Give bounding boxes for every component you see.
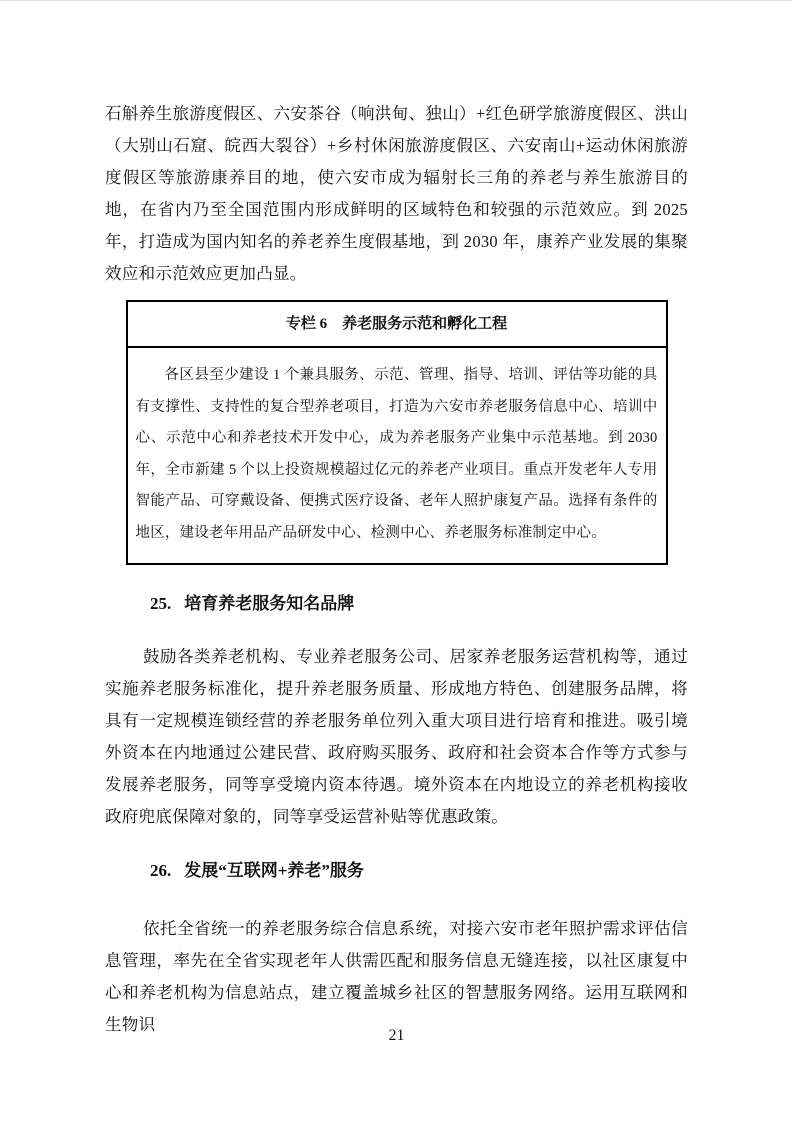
document-page: { "page": { "background": "#ffffff", "te… <box>0 0 793 1122</box>
section-heading-26: 26. 发展“互联网+养老”服务 <box>105 859 688 883</box>
section-25-number: 25. <box>150 592 171 616</box>
section-26-paragraph: 依托全省统一的养老服务综合信息系统，对接六安市老年照护需求评估信息管理，率先在全… <box>105 913 688 1041</box>
section-26-title: 发展“互联网+养老”服务 <box>184 859 364 883</box>
intro-paragraph: 石斛养生旅游度假区、六安茶谷（响洪甸、独山）+红色研学旅游度假区、洪山（大别山石… <box>105 98 688 290</box>
section-25-paragraph: 鼓励各类养老机构、专业养老服务公司、居家养老服务运营机构等，通过实施养老服务标准… <box>105 641 688 833</box>
feature-box-body: 各区县至少建设 1 个兼具服务、示范、管理、指导、培训、评估等功能的具有支撑性、… <box>128 348 666 563</box>
section-26-number: 26. <box>150 859 171 883</box>
document-body: 石斛养生旅游度假区、六安茶谷（响洪甸、独山）+红色研学旅游度假区、洪山（大别山石… <box>105 0 688 1041</box>
feature-box: 专栏 6 养老服务示范和孵化工程 各区县至少建设 1 个兼具服务、示范、管理、指… <box>126 300 668 565</box>
feature-box-title: 专栏 6 养老服务示范和孵化工程 <box>128 302 666 348</box>
section-25-title: 培育养老服务知名品牌 <box>184 592 354 616</box>
section-heading-25: 25. 培育养老服务知名品牌 <box>105 592 688 616</box>
page-number: 21 <box>0 1026 793 1046</box>
